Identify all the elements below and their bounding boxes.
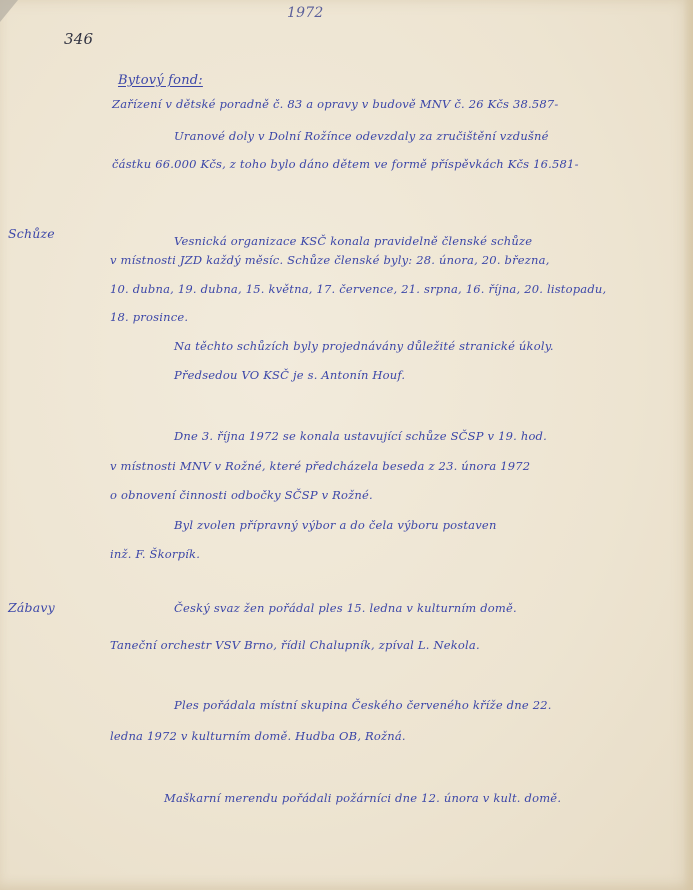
page-year: 1972	[287, 6, 323, 20]
text-line: Ples pořádala místní skupina Českého čer…	[174, 700, 552, 712]
page-number: 346	[64, 32, 93, 47]
chronicle-page: 1972 346 Bytový fond: Zařízení v dětské …	[0, 0, 693, 890]
margin-label-schuze: Schůze	[8, 228, 55, 241]
text-line: 18. prosince.	[110, 312, 188, 324]
text-line: inž. F. Škorpík.	[110, 549, 200, 561]
text-line: ledna 1972 v kulturním domě. Hudba OB, R…	[110, 731, 406, 743]
text-line: Uranové doly v Dolní Rožínce odevzdaly z…	[174, 131, 549, 143]
text-line: Na těchto schůzích byly projednávány důl…	[174, 341, 554, 353]
text-line: Vesnická organizace KSČ konala pravideln…	[174, 236, 532, 248]
text-line: 10. dubna, 19. dubna, 15. května, 17. če…	[110, 284, 606, 296]
text-line: Maškarní merendu pořádali požárníci dne …	[164, 793, 561, 805]
text-line: Byl zvolen přípravný výbor a do čela výb…	[174, 520, 497, 532]
text-line: částku 66.000 Kčs, z toho bylo dáno děte…	[112, 159, 579, 171]
text-line: Zařízení v dětské poradně č. 83 a opravy…	[112, 99, 559, 111]
text-line: o obnovení činnosti odbočky SČSP v Rožné…	[110, 490, 373, 502]
text-line: Český svaz žen pořádal ples 15. ledna v …	[174, 603, 517, 615]
text-line: v místnosti JZD každý měsíc. Schůze člen…	[110, 255, 550, 267]
text-line: Taneční orchestr VSV Brno, řídil Chalupn…	[110, 640, 480, 652]
page-corner-fold	[0, 0, 18, 22]
text-line: Dne 3. října 1972 se konala ustavující s…	[174, 431, 547, 443]
text-line: Předsedou VO KSČ je s. Antonín Houf.	[174, 370, 405, 382]
section-heading-bytovy-fond: Bytový fond:	[118, 74, 203, 87]
margin-label-zabavy: Zábavy	[8, 602, 55, 615]
text-line: v místnosti MNV v Rožné, které předcháze…	[110, 461, 530, 473]
page-edge-shadow	[683, 0, 693, 890]
